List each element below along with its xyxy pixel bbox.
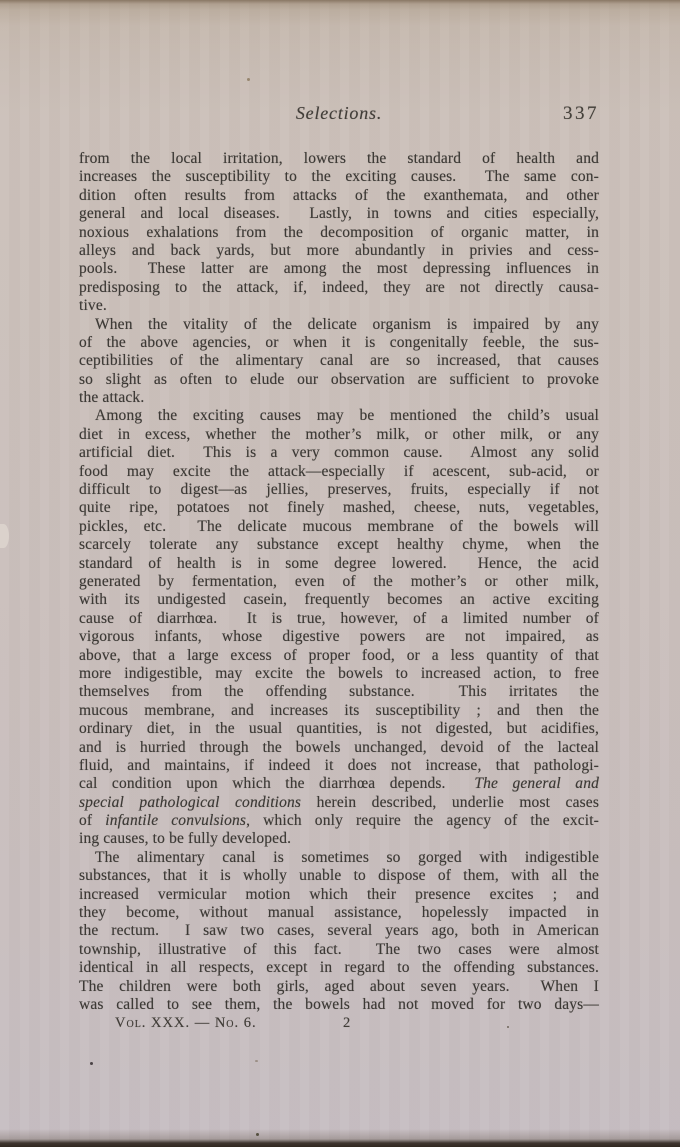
- paper-speck: [507, 1026, 509, 1028]
- text-segment: substances, that it is wholly unable to …: [79, 867, 599, 884]
- text-segment: artificial diet. This is a very common c…: [79, 444, 599, 461]
- text-line: the attack.: [79, 389, 599, 407]
- text-line: of infantile convulsions, which only req…: [79, 812, 599, 830]
- text-line: more indigestible, may excite the bowels…: [79, 665, 599, 683]
- text-line: ordinary diet, in the usual quantities, …: [79, 720, 599, 738]
- text-segment: Among the exciting causes may be mention…: [95, 407, 599, 424]
- text-segment: standard of health is in some degree low…: [79, 555, 599, 572]
- text-line: dition often results from attacks of the…: [79, 187, 599, 205]
- text-segment: predisposing to the attack, if, indeed, …: [79, 279, 599, 296]
- text-segment: alleys and back yards, but more abundant…: [79, 242, 599, 259]
- text-line: noxious exhalations from the decompositi…: [79, 224, 599, 242]
- text-line: scarcely tolerate any substance except h…: [79, 536, 599, 554]
- text-segment: fluid, and maintains, if indeed it does …: [79, 757, 599, 774]
- text-segment: pools. These latter are among the most d…: [79, 260, 599, 277]
- text-line: ceptibilities of the alimentary canal ar…: [79, 352, 599, 370]
- text-line: substances, that it is wholly unable to …: [79, 867, 599, 885]
- text-segment: pickles, etc. The delicate mucous membra…: [79, 518, 599, 535]
- text-segment: mucous membrane, and increases its susce…: [79, 702, 599, 719]
- text-line: increases the susceptibility to the exci…: [79, 168, 599, 186]
- text-line: tive.: [79, 297, 599, 315]
- text-segment: of: [79, 812, 105, 829]
- text-segment: , which only require the agency of the e…: [246, 812, 599, 829]
- text-line: standard of health is in some degree low…: [79, 555, 599, 573]
- text-segment: identical in all respects, except in reg…: [79, 959, 599, 976]
- text-segment: themselves from the offending substance.…: [79, 683, 599, 700]
- text-segment: generated by fermentation, even of the m…: [79, 573, 599, 590]
- text-segment: the rectum. I saw two cases, several yea…: [79, 922, 599, 939]
- text-segment: and is hurried through the bowels unchan…: [79, 739, 599, 756]
- text-segment: the attack.: [79, 389, 144, 406]
- text-segment: ceptibilities of the alimentary canal ar…: [79, 352, 599, 369]
- text-segment: above, that a large excess of proper foo…: [79, 647, 599, 664]
- text-segment: difficult to digest—as jellies, preserve…: [79, 481, 599, 498]
- text-line: cal condition upon which the diarrhœa de…: [79, 775, 599, 793]
- text-line: identical in all respects, except in reg…: [79, 959, 599, 977]
- text-segment: ordinary diet, in the usual quantities, …: [79, 720, 599, 737]
- text-line: generated by fermentation, even of the m…: [79, 573, 599, 591]
- text-line: The children were both girls, aged about…: [79, 978, 599, 996]
- text-segment: scarcely tolerate any substance except h…: [79, 536, 599, 553]
- text-segment: increases the susceptibility to the exci…: [79, 168, 599, 185]
- page-title: Selections.: [79, 103, 599, 124]
- text-line: ing causes, to be fully developed.: [79, 830, 599, 848]
- text-line: increased vermicular motion which their …: [79, 886, 599, 904]
- paper-speck: [255, 1060, 258, 1062]
- text-line: pools. These latter are among the most d…: [79, 260, 599, 278]
- text-segment: cal condition upon which the diarrhœa de…: [79, 775, 474, 792]
- text-segment: ing causes, to be fully developed.: [79, 830, 291, 847]
- italic-text-segment: infantile convulsions: [105, 812, 246, 829]
- paper-speck: [90, 1062, 93, 1065]
- paper-speck: [247, 78, 250, 81]
- text-segment: of the above agencies, or when it is con…: [79, 334, 599, 351]
- italic-text-segment: The general and: [474, 775, 599, 792]
- text-line: the rectum. I saw two cases, several yea…: [79, 922, 599, 940]
- text-line: When the vitality of the delicate organi…: [79, 316, 599, 334]
- text-line: food may excite the attack—especially if…: [79, 463, 599, 481]
- text-line: and is hurried through the bowels unchan…: [79, 739, 599, 757]
- text-segment: The children were both girls, aged about…: [79, 978, 599, 995]
- text-segment: noxious exhalations from the decompositi…: [79, 224, 599, 241]
- text-segment: The alimentary canal is sometimes so gor…: [95, 849, 599, 866]
- text-line: fluid, and maintains, if indeed it does …: [79, 757, 599, 775]
- text-line: artificial diet. This is a very common c…: [79, 444, 599, 462]
- italic-text-segment: special pathological conditions: [79, 794, 301, 811]
- text-line: predisposing to the attack, if, indeed, …: [79, 279, 599, 297]
- paper-speck: [256, 1133, 259, 1136]
- text-segment: increased vermicular motion which their …: [79, 886, 599, 903]
- text-line: of the above agencies, or when it is con…: [79, 334, 599, 352]
- text-segment: food may excite the attack—especially if…: [79, 463, 599, 480]
- volume-number: Vol. XXX. — No. 6.: [115, 1015, 257, 1031]
- text-segment: When the vitality of the delicate organi…: [95, 316, 599, 333]
- text-line: general and local diseases. Lastly, in t…: [79, 205, 599, 223]
- text-line: mucous membrane, and increases its susce…: [79, 702, 599, 720]
- text-line: diet in excess, whether the mother’s mil…: [79, 426, 599, 444]
- page-footer: Vol. XXX. — No. 6. 2: [79, 1015, 599, 1035]
- text-line: themselves from the offending substance.…: [79, 683, 599, 701]
- text-line: so slight as often to elude our observat…: [79, 371, 599, 389]
- text-segment: vigorous infants, whose digestive powers…: [79, 628, 599, 645]
- text-segment: they become, without manual assistance, …: [79, 904, 599, 921]
- text-segment: dition often results from attacks of the…: [79, 187, 599, 204]
- running-header: Selections. 337: [79, 103, 599, 131]
- text-line: they become, without manual assistance, …: [79, 904, 599, 922]
- text-segment: from the local irritation, lowers the st…: [79, 150, 599, 167]
- text-segment: herein described, underlie most cases: [301, 794, 599, 811]
- text-line: from the local irritation, lowers the st…: [79, 150, 599, 168]
- text-line: Among the exciting causes may be mention…: [79, 407, 599, 425]
- signature-mark: 2: [343, 1015, 350, 1032]
- text-segment: cause of diarrhœa. It is true, however, …: [79, 610, 599, 627]
- text-block: from the local irritation, lowers the st…: [79, 150, 599, 1014]
- text-line: township, illustrative of this fact. The…: [79, 941, 599, 959]
- text-segment: tive.: [79, 297, 107, 314]
- text-line: with its undigested casein, frequently b…: [79, 591, 599, 609]
- text-segment: more indigestible, may excite the bowels…: [79, 665, 599, 682]
- text-segment: general and local diseases. Lastly, in t…: [79, 205, 599, 222]
- text-segment: township, illustrative of this fact. The…: [79, 941, 599, 958]
- text-line: difficult to digest—as jellies, preserve…: [79, 481, 599, 499]
- text-line: special pathological conditions herein d…: [79, 794, 599, 812]
- text-line: quite ripe, potatoes not finely mashed, …: [79, 499, 599, 517]
- page-number: 337: [563, 103, 599, 125]
- text-line: vigorous infants, whose digestive powers…: [79, 628, 599, 646]
- text-line: above, that a large excess of proper foo…: [79, 647, 599, 665]
- text-line: The alimentary canal is sometimes so gor…: [79, 849, 599, 867]
- text-line: cause of diarrhœa. It is true, however, …: [79, 610, 599, 628]
- text-segment: with its undigested casein, frequently b…: [79, 591, 599, 608]
- text-line: alleys and back yards, but more abundant…: [79, 242, 599, 260]
- text-line: pickles, etc. The delicate mucous membra…: [79, 518, 599, 536]
- text-line: was called to see them, the bowels had n…: [79, 996, 599, 1014]
- text-segment: so slight as often to elude our observat…: [79, 371, 599, 388]
- text-segment: was called to see them, the bowels had n…: [79, 996, 599, 1013]
- text-segment: diet in excess, whether the mother’s mil…: [79, 426, 599, 443]
- paper-blemish: [0, 524, 9, 548]
- text-segment: quite ripe, potatoes not finely mashed, …: [79, 499, 599, 516]
- scanned-book-page: Selections. 337 from the local irritatio…: [0, 0, 680, 1147]
